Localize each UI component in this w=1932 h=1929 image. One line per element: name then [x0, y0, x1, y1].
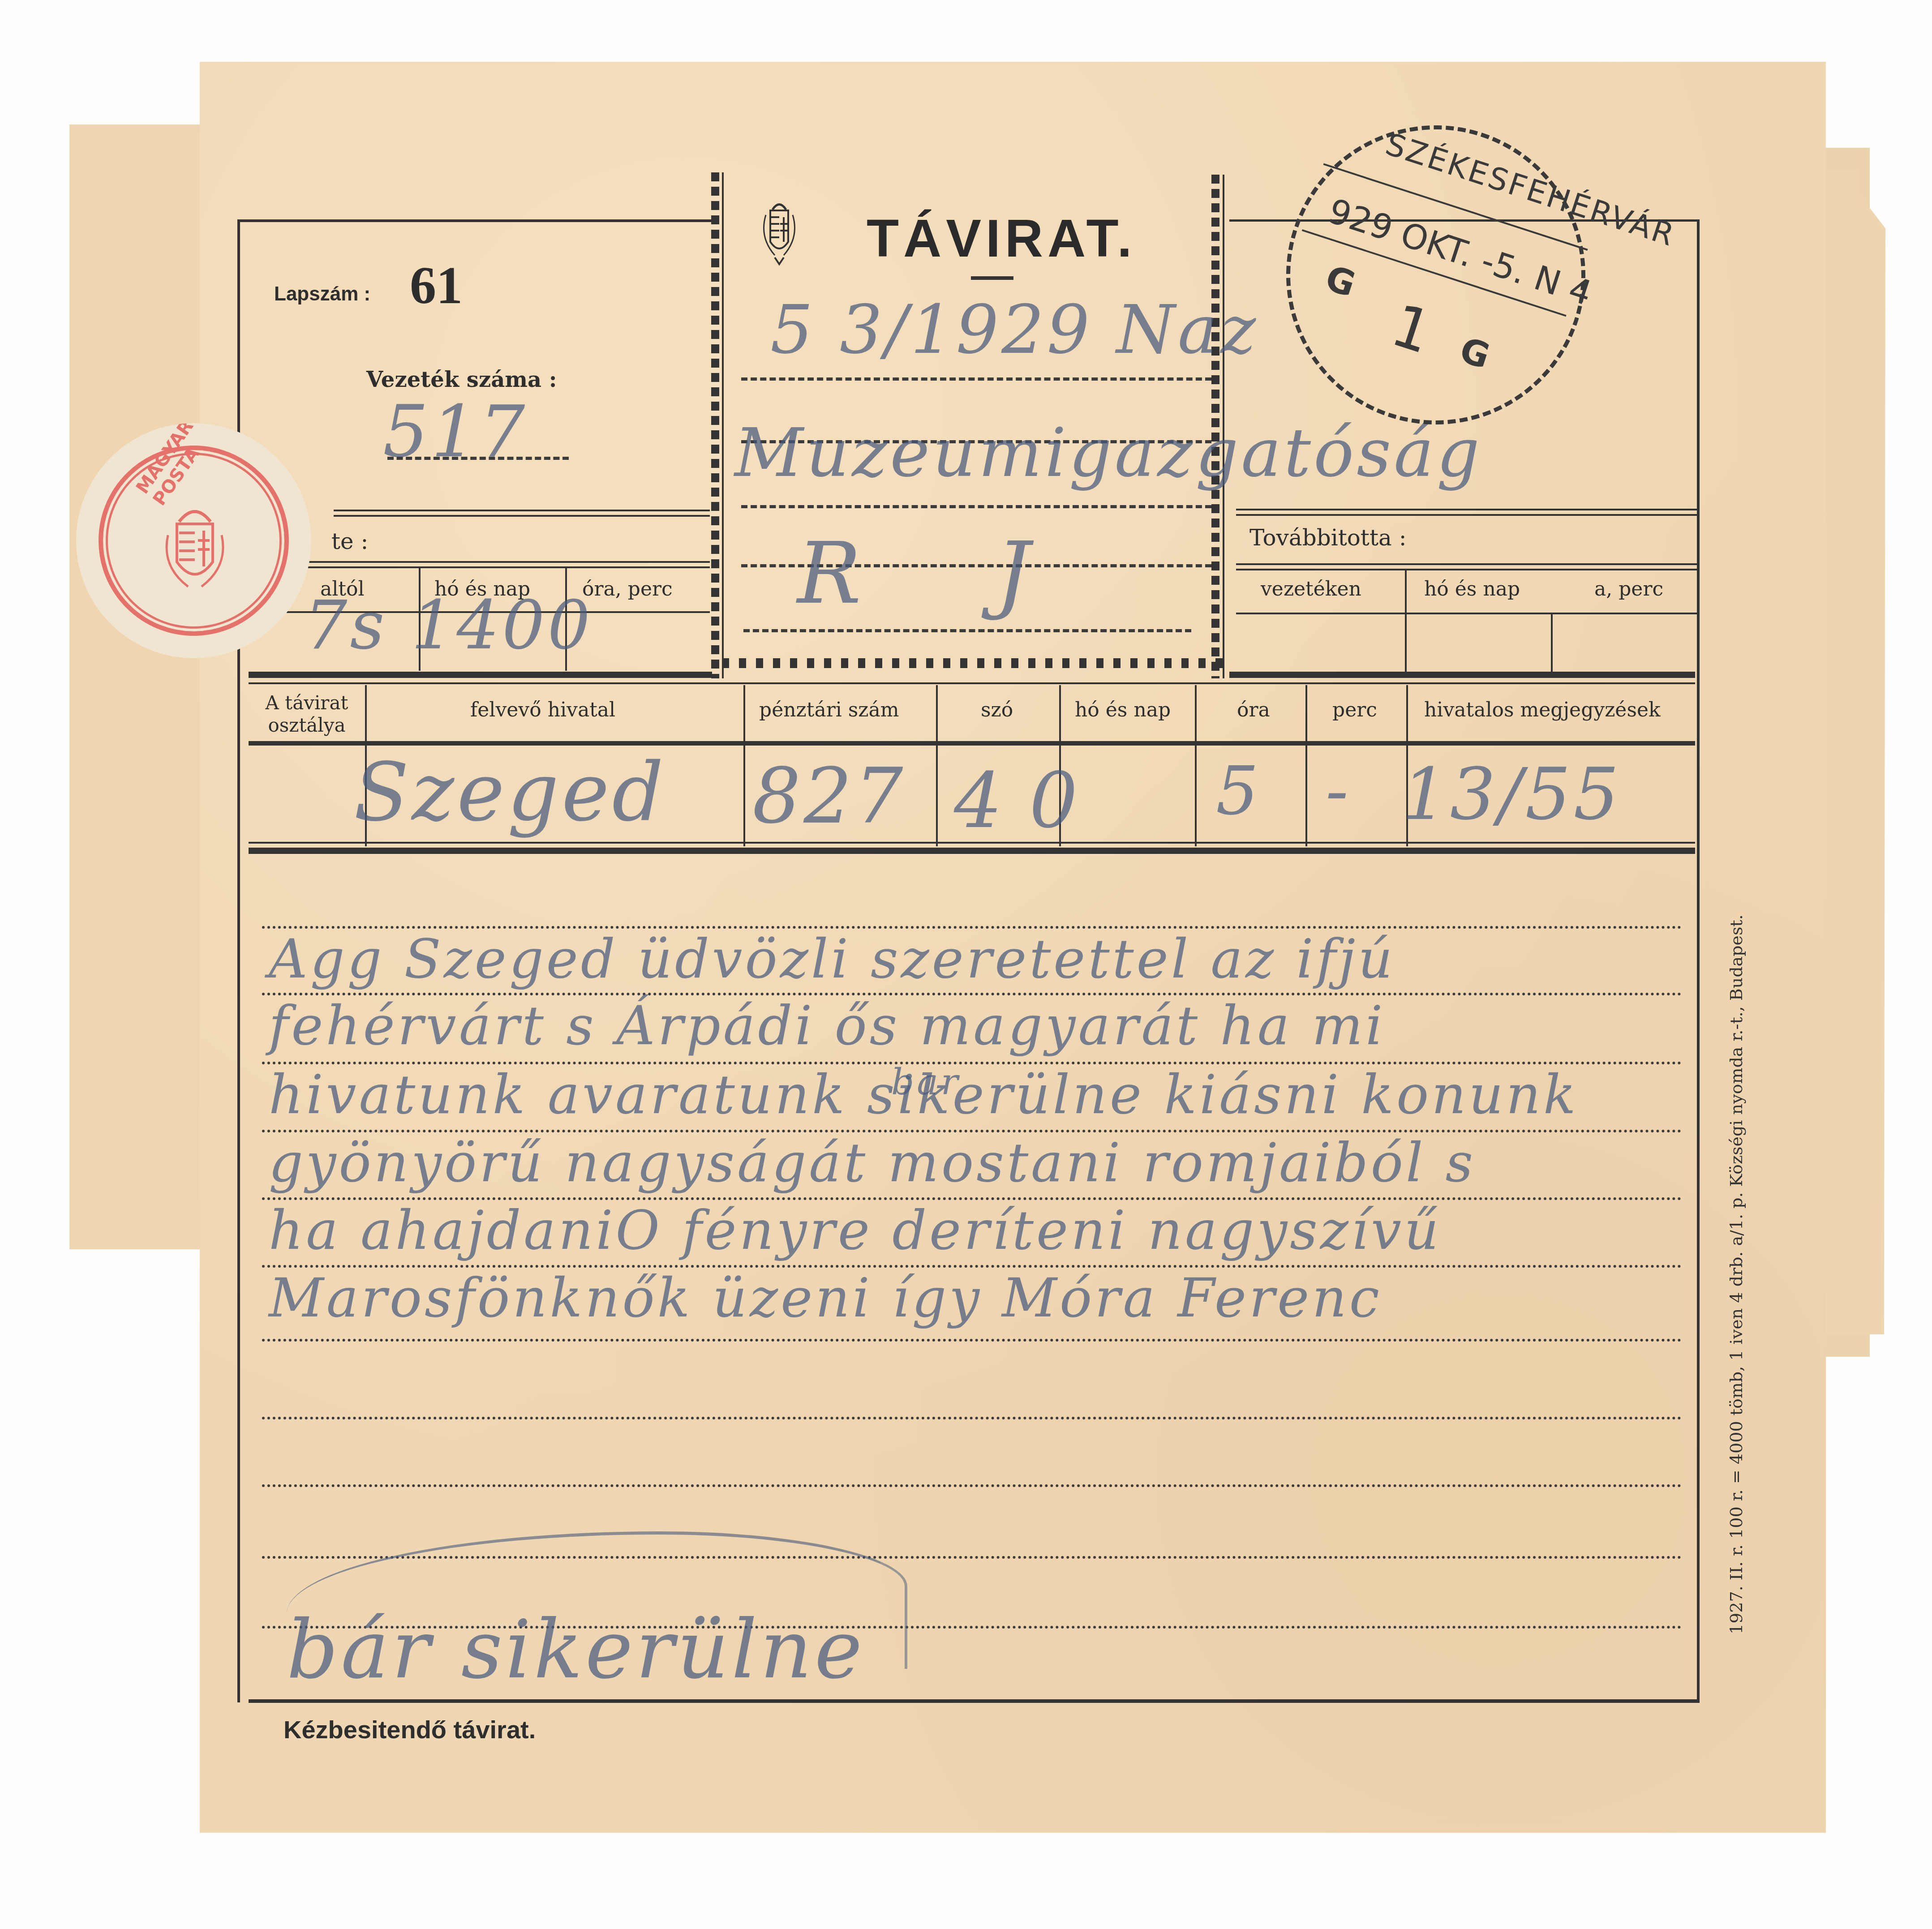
- received-label: te :: [331, 528, 368, 554]
- col-hour: óra: [1237, 699, 1270, 721]
- rule: [1236, 563, 1697, 565]
- thick-rule: [1229, 672, 1695, 678]
- col-telegram-class: A távirat osztálya: [253, 692, 361, 737]
- film-border-left: [711, 172, 719, 678]
- col-word-count: szó: [981, 699, 1013, 721]
- received-handwritten: 7s 1400: [305, 587, 593, 664]
- message-line: gyönyörű nagyságát mostani romjaiból s: [269, 1132, 1476, 1194]
- thick-rule: [249, 848, 1695, 854]
- insertion-note: bár sikerülne: [287, 1603, 865, 1697]
- rule: [287, 566, 710, 568]
- rule: [1236, 569, 1697, 570]
- insertion-mark: bar: [891, 1061, 961, 1103]
- rule: [249, 842, 1695, 844]
- rule: [249, 682, 1695, 684]
- rule: [1236, 509, 1697, 510]
- col-cash-number: pénztári szám: [759, 699, 899, 721]
- message-line: fehérvárt s Árpádi ős magyarát ha mi: [269, 995, 1385, 1057]
- rule: [1236, 514, 1697, 516]
- address-line-2: Muzeumigazgatóság: [734, 414, 1482, 492]
- rule: [334, 510, 710, 511]
- rule: [1236, 613, 1697, 614]
- postal-seal-sticker: MAGYAR KIR. POSTA: [76, 423, 311, 658]
- coat-of-arms-icon: [161, 499, 228, 589]
- cell-receiving-office: Szeged: [354, 746, 666, 839]
- thick-rule: [249, 672, 712, 678]
- column-divider: [1305, 685, 1307, 846]
- form-right-border: [1697, 219, 1700, 1703]
- cell-cash-number: 827: [752, 752, 906, 841]
- address-rule: [741, 377, 1211, 381]
- cell-word-count: 40: [954, 757, 1104, 845]
- message-line: ha ahajdaniO fényre deríteni nagyszívű: [269, 1200, 1441, 1262]
- box-border: [722, 172, 724, 678]
- sheet-number-label: Lapszám :: [274, 283, 370, 305]
- postmark-letter-left: G: [1321, 258, 1361, 305]
- line-number-label: Vezeték száma :: [366, 367, 557, 392]
- rule: [287, 561, 710, 563]
- address-line-1: 5 3/1929 Naz: [770, 291, 1258, 369]
- col-official-notes: hivatalos megjegyzések: [1424, 699, 1661, 721]
- column-divider: [936, 685, 938, 846]
- address-rule: [741, 505, 1211, 508]
- printer-imprint: 1927. II. r. 100 r. = 4000 tömb, 1 iven …: [1726, 914, 1746, 1634]
- address-rule: [743, 629, 1191, 632]
- forwarded-col-time: a, perc: [1594, 578, 1663, 600]
- address-line-3: R J: [797, 524, 1084, 623]
- telegram-title: TÁVIRAT.: [867, 208, 1136, 269]
- postmark-letter-right: G: [1455, 330, 1495, 377]
- film-border-bottom: [722, 658, 1223, 668]
- cell-minute: -: [1326, 752, 1351, 830]
- message-line: Agg Szeged üdvözli szeretettel az ifjú: [269, 928, 1395, 990]
- form-bottom-border: [249, 1699, 1700, 1703]
- title-ornament: [971, 276, 1013, 280]
- hungarian-coat-of-arms-icon: [757, 197, 802, 269]
- folded-flap-left: [69, 124, 205, 1249]
- received-col-time: óra, perc: [582, 578, 673, 600]
- message-rule: [262, 1417, 1682, 1419]
- thick-rule: [249, 741, 1695, 746]
- delivery-label: Kézbesitendő távirat.: [283, 1715, 536, 1744]
- form-top-border-left: [237, 219, 712, 222]
- message-line: Marosfönknők üzeni így Móra Ferenc: [269, 1267, 1382, 1329]
- postmark-number: 1: [1384, 291, 1440, 367]
- forwarded-col-line: vezetéken: [1261, 578, 1361, 600]
- message-rule: [262, 1339, 1682, 1342]
- col-month-day: hó és nap: [1075, 699, 1171, 721]
- forwarded-label: Továbbitotta :: [1249, 525, 1407, 551]
- line-number-rule: [387, 457, 569, 460]
- back-sheet-torn: [1818, 170, 1885, 1334]
- column-divider: [1405, 570, 1407, 673]
- cell-hour: 5: [1216, 752, 1261, 830]
- forwarded-col-date: hó és nap: [1424, 578, 1520, 600]
- line-number-handwritten: 517: [383, 390, 528, 473]
- message-rule: [262, 1484, 1682, 1487]
- cell-official-notes: 13/55: [1402, 752, 1622, 836]
- column-divider: [1551, 613, 1553, 672]
- column-divider: [743, 685, 745, 846]
- col-minute: perc: [1332, 699, 1377, 721]
- sheet-number: 61: [410, 255, 463, 316]
- col-receiving-office: felvevő hivatal: [470, 699, 615, 721]
- column-divider: [1195, 685, 1197, 846]
- rule: [334, 515, 710, 517]
